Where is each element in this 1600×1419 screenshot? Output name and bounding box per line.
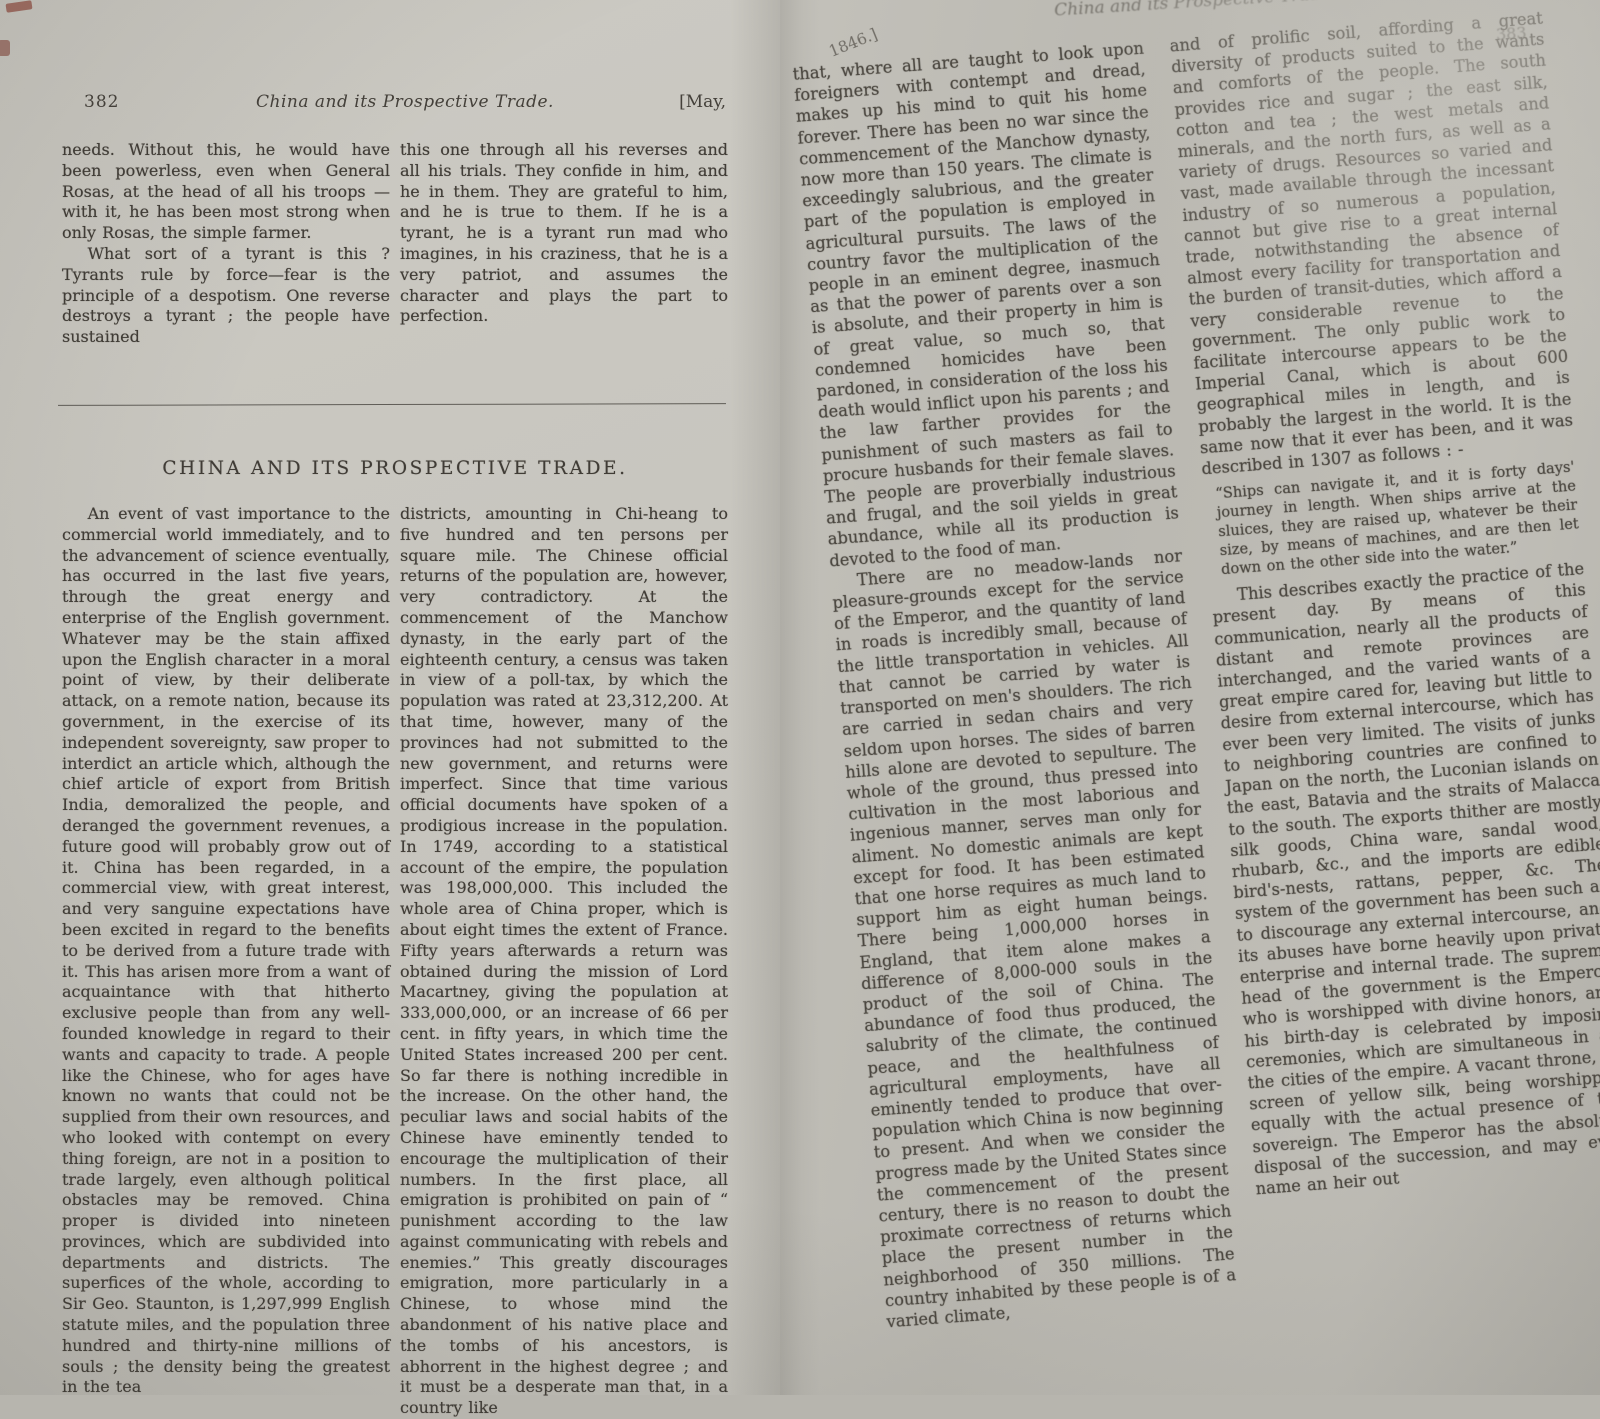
previous-article-column-1: needs. Without this, he would have been …	[62, 140, 390, 348]
paragraph: districts, amounting in Chi-heang to fiv…	[400, 504, 728, 1395]
page-edge-mark	[0, 40, 10, 56]
paragraph: this one through all his reverses and al…	[400, 140, 728, 327]
paragraph: and of prolific soil, affording a great …	[1169, 8, 1575, 480]
previous-article-column-2: this one through all his reverses and al…	[400, 140, 728, 348]
left-page-header: 382 China and its Prospective Trade. [Ma…	[62, 92, 726, 112]
page-number-left: 382	[62, 92, 174, 112]
article-columns-left-page: An event of vast importance to the comme…	[62, 504, 728, 1395]
page-number-right: 383	[1495, 23, 1527, 44]
paragraph: An event of vast importance to the comme…	[62, 504, 390, 1395]
article-column-2: districts, amounting in Chi-heang to fiv…	[400, 504, 728, 1395]
paragraph: There are no meadow-lands nor pleasure-g…	[830, 545, 1238, 1333]
article-column-4: and of prolific soil, affording a great …	[1169, 8, 1600, 1305]
paragraph: that, where all are taught to look upon …	[792, 38, 1181, 572]
article-title: CHINA AND ITS PROSPECTIVE TRADE.	[62, 458, 728, 479]
article-column-1: An event of vast importance to the comme…	[62, 504, 390, 1395]
article-columns-right-page: that, where all are taught to look upon …	[792, 3, 1600, 1332]
paragraph: What sort of a tyrant is this ? Tyrants …	[62, 244, 390, 348]
running-title-left: China and its Prospective Trade.	[174, 92, 636, 112]
paragraph: needs. Without this, he would have been …	[62, 140, 390, 244]
previous-article-columns: needs. Without this, he would have been …	[62, 140, 728, 348]
paragraph: This describes exactly the practice of t…	[1210, 558, 1600, 1199]
issue-month-label: [May,	[636, 92, 726, 112]
book-spread: 382 China and its Prospective Trade. [Ma…	[0, 0, 1600, 1395]
